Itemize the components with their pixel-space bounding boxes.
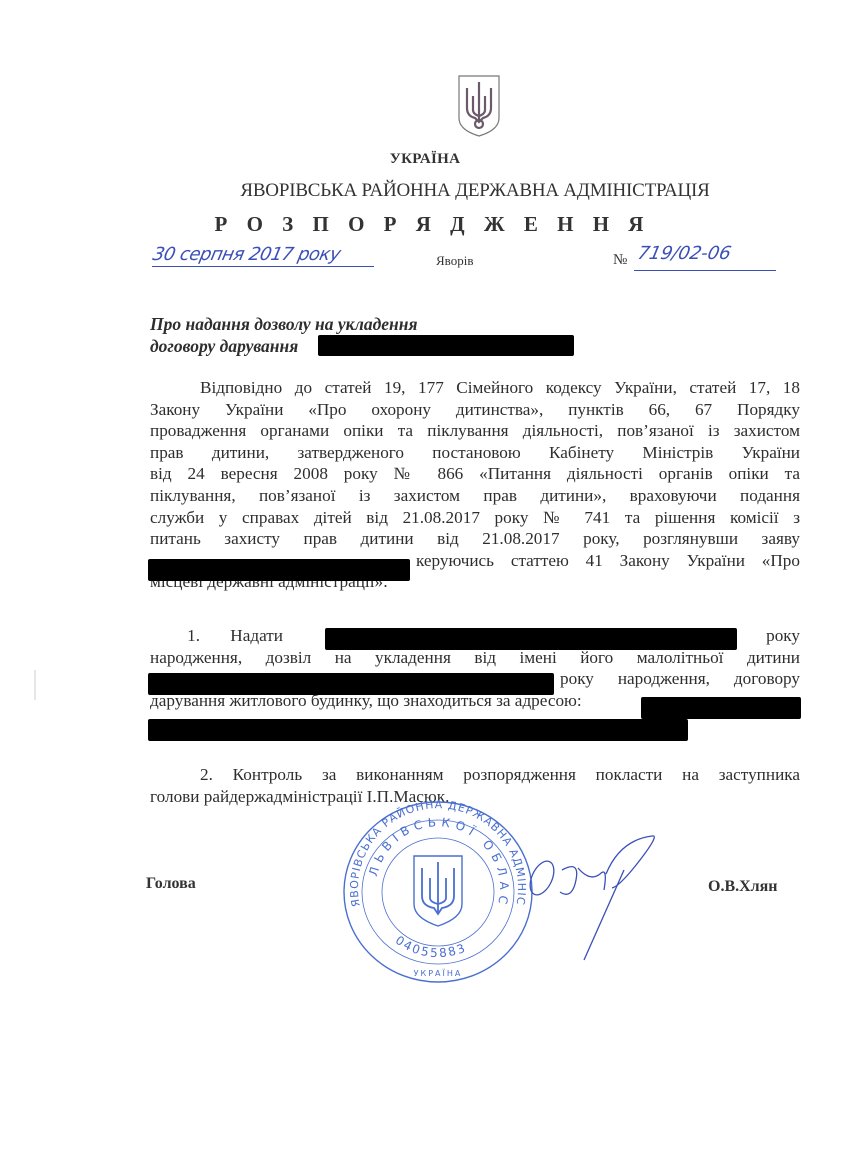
item-2-line-1: 2. Контроль за виконанням розпорядження … (150, 764, 800, 786)
preamble-line: прав дитини, затвердженого постановою Ка… (150, 442, 800, 464)
place-name: Яворів (436, 253, 473, 269)
preamble-line: Відповідно до статей 19, 177 Сімейного к… (150, 377, 800, 399)
handwritten-document-number: 719/02-06 (636, 243, 733, 264)
preamble-line: Закону України «Про охорону дитинства», … (150, 399, 800, 421)
preamble-line: від 24 вересня 2008 року № 866 «Питання … (150, 463, 800, 485)
item-1-verb: Надати (230, 626, 283, 645)
head-name: О.В.Хлян (708, 878, 778, 896)
trident-coat-of-arms-icon (457, 74, 501, 138)
handwritten-signature (520, 830, 660, 970)
stamp-code: 04055883 (393, 933, 469, 960)
number-sign: № (613, 252, 627, 269)
handwritten-date: 30 серпня 2017 року (151, 244, 343, 265)
country-name: УКРАЇНА (0, 151, 850, 168)
head-title: Голова (146, 875, 196, 893)
preamble-line: питань захисту прав дитини від 21.08.201… (150, 528, 800, 550)
organization-name: ЯВОРІВСЬКА РАЙОННА ДЕРЖАВНА АДМІНІСТРАЦІ… (0, 180, 850, 202)
number-underline (634, 270, 776, 271)
scan-artifact (34, 670, 36, 700)
date-underline (152, 266, 374, 267)
redaction-box (325, 628, 737, 650)
redaction-box (318, 335, 574, 356)
stamp-bottom: УКРАЇНА (414, 968, 463, 978)
svg-text:04055883: 04055883 (393, 933, 469, 960)
official-stamp: ЯВОРІВСЬКА РАЙОННА ДЕРЖАВНА АДМІНІСТРАЦІ… (338, 796, 538, 988)
subject-line-1: Про надання дозволу на укладення (150, 313, 417, 335)
preamble-line: піклування, пов’язаної із захистом прав … (150, 485, 800, 507)
redaction-box (148, 719, 688, 741)
item-1-after-name: року (766, 625, 800, 647)
redaction-box (148, 559, 410, 581)
preamble-line: служби у справах дітей від 21.08.2017 ро… (150, 507, 800, 529)
redaction-box (641, 697, 801, 719)
document-type: Р О З П О Р Я Д Ж Е Н Н Я (0, 212, 850, 237)
redaction-box (148, 673, 554, 695)
item-1-number: 1. (160, 625, 200, 647)
preamble-line: провадження органами опіки та піклування… (150, 420, 800, 442)
